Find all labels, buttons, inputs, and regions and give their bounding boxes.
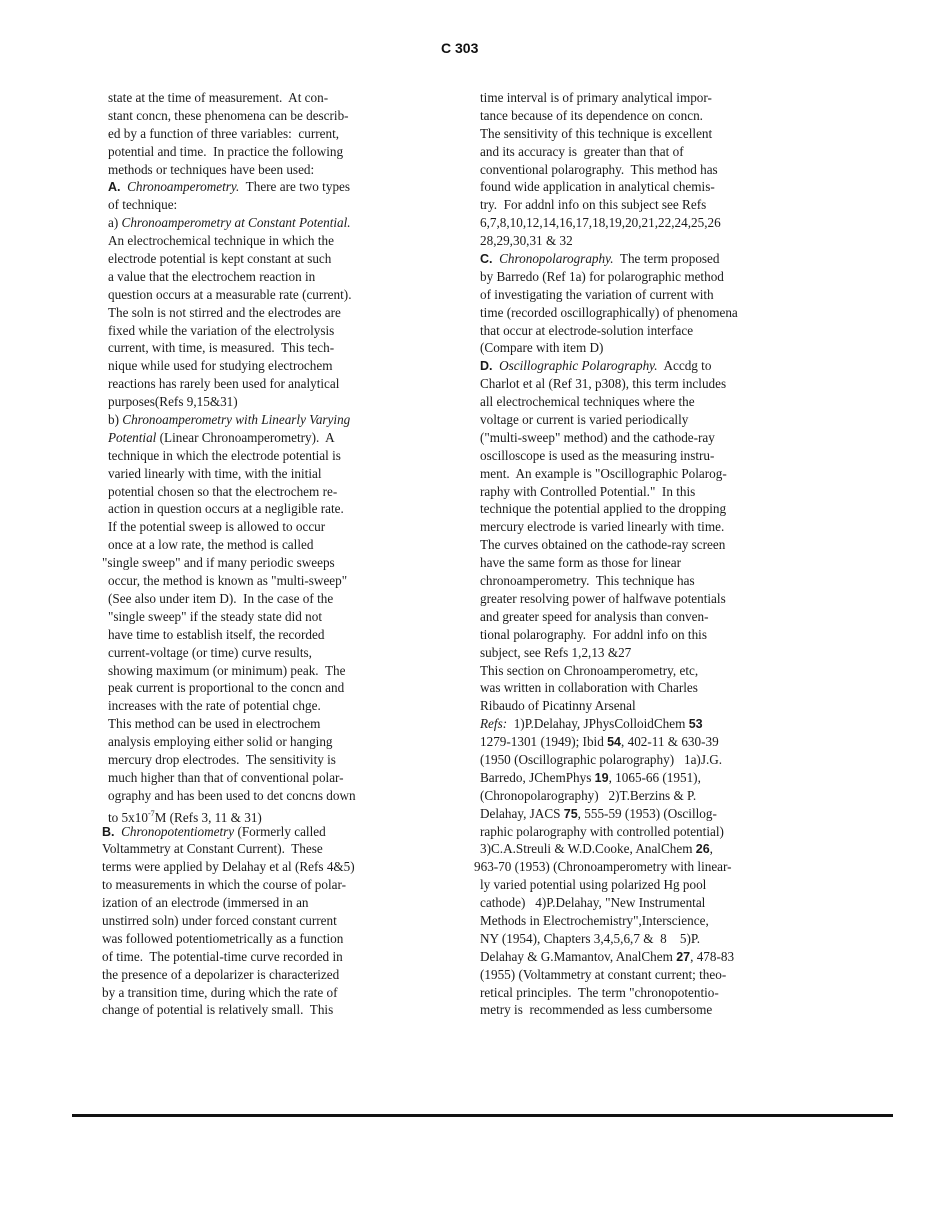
text-line: ment. An example is "Oscillographic Pola… (480, 465, 840, 483)
text-line: have time to establish itself, the recor… (108, 626, 480, 644)
text-line: ography and has been used to det concns … (108, 787, 480, 805)
text-line: action in question occurs at a negligibl… (108, 500, 480, 518)
text-line: (Compare with item D) (480, 339, 840, 357)
line-text: Accdg to (658, 358, 712, 373)
text-line: This section on Chronoamperometry, etc, (480, 662, 840, 680)
text-line: ization of an electrode (immersed in an (102, 894, 480, 912)
line-text: (See also under item D). In the case of … (108, 591, 333, 606)
line-text: tance because of its dependence on concn… (480, 108, 703, 123)
text-line: Charlot et al (Ref 31, p308), this term … (480, 375, 840, 393)
line-text: fixed while the variation of the electro… (108, 323, 334, 338)
text-line: of technique: (108, 196, 480, 214)
line-text: was written in collaboration with Charle… (480, 680, 698, 695)
line-text: Methods in Electrochemistry",Interscienc… (480, 913, 709, 928)
text-line: tional polarography. For addnl info on t… (480, 626, 840, 644)
text-line: stant concn, these phenomena can be desc… (108, 107, 480, 125)
text-line: analysis employing either solid or hangi… (108, 733, 480, 751)
line-text: purposes(Refs 9,15&31) (108, 394, 238, 409)
volume-number: 26 (696, 842, 710, 856)
text-line: of time. The potential-time curve record… (102, 948, 480, 966)
superscript: -7 (148, 809, 155, 818)
line-text: question occurs at a measurable rate (cu… (108, 287, 352, 302)
line-text: (Linear Chronoamperometry). A (156, 430, 334, 445)
line-text-continued: , (710, 841, 713, 856)
section-heading: Chronoamperometry. (127, 179, 239, 194)
text-line: time interval is of primary analytical i… (480, 89, 840, 107)
line-text: of time. The potential-time curve record… (102, 949, 343, 964)
section-heading: Refs: (480, 716, 507, 731)
line-text: There are two types (239, 179, 350, 194)
line-text: showing maximum (or minimum) peak. The (108, 663, 345, 678)
text-line: Delahay & G.Mamantov, AnalChem 27, 478-8… (480, 948, 840, 966)
line-text: stant concn, these phenomena can be desc… (108, 108, 349, 123)
text-line: ly varied potential using polarized Hg p… (480, 876, 840, 894)
text-line: The sensitivity of this technique is exc… (480, 125, 840, 143)
text-line: and its accuracy is greater than that of (480, 143, 840, 161)
line-text: cathode) 4)P.Delahay, "New Instrumental (480, 895, 705, 910)
text-line: varied linearly with time, with the init… (108, 465, 480, 483)
line-text: electrode potential is kept constant at … (108, 251, 331, 266)
line-text: have the same form as those for linear (480, 555, 681, 570)
text-line: all electrochemical techniques where the (480, 393, 840, 411)
line-text: ed by a function of three variables: cur… (108, 126, 339, 141)
text-line: mercury electrode is varied linearly wit… (480, 518, 840, 536)
line-text: 6,7,8,10,12,14,16,17,18,19,20,21,22,24,2… (480, 215, 721, 230)
line-text: (1955) (Voltammetry at constant current;… (480, 967, 726, 982)
text-line: 28,29,30,31 & 32 (480, 232, 840, 250)
line-text: peak current is proportional to the conc… (108, 680, 344, 695)
line-text: current, with time, is measured. This te… (108, 340, 334, 355)
line-text-continued: , 1065-66 (1951), (609, 770, 701, 785)
line-text: ization of an electrode (immersed in an (102, 895, 309, 910)
text-line: the presence of a depolarizer is charact… (102, 966, 480, 984)
line-text: Delahay, JACS (480, 806, 564, 821)
text-line: technique in which the electrode potenti… (108, 447, 480, 465)
line-text: 1)P.Delahay, JPhysColloidChem (507, 716, 689, 731)
line-text: The term proposed (614, 251, 720, 266)
line-text: "single sweep" and if many periodic swee… (102, 555, 335, 570)
line-text: voltage or current is varied periodicall… (480, 412, 688, 427)
line-text: try. For addnl info on this subject see … (480, 197, 706, 212)
line-text: potential chosen so that the electrochem… (108, 484, 337, 499)
line-text: analysis employing either solid or hangi… (108, 734, 333, 749)
text-line: raphy with Controlled Potential." In thi… (480, 483, 840, 501)
text-line: change of potential is relatively small.… (102, 1001, 480, 1019)
line-text: The soln is not stirred and the electrod… (108, 305, 341, 320)
line-text: retical principles. The term "chronopote… (480, 985, 719, 1000)
line-text: (Chronopolarography) 2)T.Berzins & P. (480, 788, 696, 803)
section-heading: Chronopotentiometry (121, 824, 234, 839)
text-line: 6,7,8,10,12,14,16,17,18,19,20,21,22,24,2… (480, 214, 840, 232)
line-text: by Barredo (Ref 1a) for polarographic me… (480, 269, 724, 284)
text-line: 1279-1301 (1949); Ibid 54, 402-11 & 630-… (480, 733, 840, 751)
line-text: metry is recommended as less cumbersome (480, 1002, 712, 1017)
text-line: Delahay, JACS 75, 555-59 (1953) (Oscillo… (480, 805, 840, 823)
footer-rule (72, 1114, 893, 1117)
text-line: NY (1954), Chapters 3,4,5,6,7 & 8 5)P. (480, 930, 840, 948)
line-text: terms were applied by Delahay et al (Ref… (102, 859, 355, 874)
line-text: that occur at electrode-solution interfa… (480, 323, 693, 338)
line-text: all electrochemical techniques where the (480, 394, 695, 409)
text-line: reactions has rarely been used for analy… (108, 375, 480, 393)
text-line: conventional polarography. This method h… (480, 161, 840, 179)
text-line: current-voltage (or time) curve results, (108, 644, 480, 662)
text-line: electrode potential is kept constant at … (108, 250, 480, 268)
text-line: cathode) 4)P.Delahay, "New Instrumental (480, 894, 840, 912)
line-text: 28,29,30,31 & 32 (480, 233, 573, 248)
line-text: subject, see Refs 1,2,13 &27 (480, 645, 631, 660)
line-text: have time to establish itself, the recor… (108, 627, 324, 642)
text-line: question occurs at a measurable rate (cu… (108, 286, 480, 304)
line-text: by a transition time, during which the r… (102, 985, 337, 1000)
line-text: Charlot et al (Ref 31, p308), this term … (480, 376, 726, 391)
line-text: increases with the rate of potential chg… (108, 698, 321, 713)
volume-number: 19 (595, 771, 609, 785)
text-line: found wide application in analytical che… (480, 178, 840, 196)
text-line: D. Oscillographic Polarography. Accdg to (480, 357, 840, 375)
line-text: to measurements in which the course of p… (102, 877, 346, 892)
text-line: 963-70 (1953) (Chronoamperometry with li… (474, 858, 840, 876)
text-line: unstirred soln) under forced constant cu… (102, 912, 480, 930)
text-line: Voltammetry at Constant Current). These (102, 840, 480, 858)
text-line: occur, the method is known as "multi-swe… (108, 572, 480, 590)
text-line: by Barredo (Ref 1a) for polarographic me… (480, 268, 840, 286)
line-text: The sensitivity of this technique is exc… (480, 126, 712, 141)
line-text: This method can be used in electrochem (108, 716, 320, 731)
line-text: and its accuracy is greater than that of (480, 144, 684, 159)
text-line: to measurements in which the course of p… (102, 876, 480, 894)
text-line: try. For addnl info on this subject see … (480, 196, 840, 214)
line-text: Ribaudo of Picatinny Arsenal (480, 698, 636, 713)
line-text: technique in which the electrode potenti… (108, 448, 341, 463)
text-line: "single sweep" if the steady state did n… (108, 608, 480, 626)
text-line: increases with the rate of potential chg… (108, 697, 480, 715)
text-line: and greater speed for analysis than conv… (480, 608, 840, 626)
text-line: retical principles. The term "chronopote… (480, 984, 840, 1002)
text-line: time (recorded oscillographically) of ph… (480, 304, 840, 322)
line-text-continued: , 478-83 (690, 949, 734, 964)
section-heading: Potential (108, 430, 156, 445)
text-line: a value that the electrochem reaction in (108, 268, 480, 286)
volume-number: 75 (564, 807, 578, 821)
left-column: state at the time of measurement. At con… (108, 89, 480, 1019)
line-text: (Compare with item D) (480, 340, 603, 355)
text-line: Barredo, JChemPhys 19, 1065-66 (1951), (480, 769, 840, 787)
volume-number: 27 (676, 950, 690, 964)
text-line: oscilloscope is used as the measuring in… (480, 447, 840, 465)
section-letter: C. (480, 252, 493, 266)
line-text: Voltammetry at Constant Current). These (102, 841, 323, 856)
line-text: of investigating the variation of curren… (480, 287, 714, 302)
line-text-continued: , 402-11 & 630-39 (621, 734, 719, 749)
line-text: An electrochemical technique in which th… (108, 233, 334, 248)
text-line: subject, see Refs 1,2,13 &27 (480, 644, 840, 662)
section-heading: Chronopolarography. (499, 251, 613, 266)
line-text: a value that the electrochem reaction in (108, 269, 315, 284)
line-text: (Formerly called (234, 824, 326, 839)
volume-number: 54 (607, 735, 621, 749)
line-text: varied linearly with time, with the init… (108, 466, 322, 481)
line-text: conventional polarography. This method h… (480, 162, 718, 177)
text-line: showing maximum (or minimum) peak. The (108, 662, 480, 680)
section-letter: D. (480, 359, 493, 373)
text-line: C. Chronopolarography. The term proposed (480, 250, 840, 268)
text-line: 3)C.A.Streuli & W.D.Cooke, AnalChem 26, (480, 840, 840, 858)
line-text: 963-70 (1953) (Chronoamperometry with li… (474, 859, 732, 874)
line-text: occur, the method is known as "multi-swe… (108, 573, 347, 588)
line-text: current-voltage (or time) curve results, (108, 645, 312, 660)
text-line: (Chronopolarography) 2)T.Berzins & P. (480, 787, 840, 805)
line-text: ment. An example is "Oscillographic Pola… (480, 466, 727, 481)
text-line: tance because of its dependence on concn… (480, 107, 840, 125)
text-line: This method can be used in electrochem (108, 715, 480, 733)
line-text: much higher than that of conventional po… (108, 770, 344, 785)
text-line: (1955) (Voltammetry at constant current;… (480, 966, 840, 984)
text-line: have the same form as those for linear (480, 554, 840, 572)
text-line: much higher than that of conventional po… (108, 769, 480, 787)
line-text: reactions has rarely been used for analy… (108, 376, 339, 391)
line-text: ography and has been used to det concns … (108, 788, 356, 803)
text-line: fixed while the variation of the electro… (108, 322, 480, 340)
text-line: current, with time, is measured. This te… (108, 339, 480, 357)
volume-number: 53 (689, 717, 703, 731)
text-line: metry is recommended as less cumbersome (480, 1001, 840, 1019)
text-line: Refs: 1)P.Delahay, JPhysColloidChem 53 (480, 715, 840, 733)
text-line: Ribaudo of Picatinny Arsenal (480, 697, 840, 715)
list-marker: a) (108, 215, 122, 230)
text-line: was followed potentiometrically as a fun… (102, 930, 480, 948)
text-line: "single sweep" and if many periodic swee… (102, 554, 480, 572)
line-text: found wide application in analytical che… (480, 179, 715, 194)
text-line: Methods in Electrochemistry",Interscienc… (480, 912, 840, 930)
text-line: A. Chronoamperometry. There are two type… (108, 178, 480, 196)
text-line: purposes(Refs 9,15&31) (108, 393, 480, 411)
text-line: a) Chronoamperometry at Constant Potenti… (108, 214, 480, 232)
line-text: "single sweep" if the steady state did n… (108, 609, 322, 624)
line-text: 1279-1301 (1949); Ibid (480, 734, 607, 749)
text-line: to 5x10-7M (Refs 3, 11 & 31) (108, 805, 480, 823)
text-line: nique while used for studying electroche… (108, 357, 480, 375)
line-text: change of potential is relatively small.… (102, 1002, 333, 1017)
line-text: unstirred soln) under forced constant cu… (102, 913, 337, 928)
line-text: methods or techniques have been used: (108, 162, 314, 177)
text-line: (See also under item D). In the case of … (108, 590, 480, 608)
line-text: NY (1954), Chapters 3,4,5,6,7 & 8 5)P. (480, 931, 700, 946)
text-line: The soln is not stirred and the electrod… (108, 304, 480, 322)
text-line: The curves obtained on the cathode-ray s… (480, 536, 840, 554)
line-text: time (recorded oscillographically) of ph… (480, 305, 738, 320)
text-line: An electrochemical technique in which th… (108, 232, 480, 250)
text-line: B. Chronopotentiometry (Formerly called (102, 823, 480, 841)
text-line: ("multi-sweep" method) and the cathode-r… (480, 429, 840, 447)
text-line: chronoamperometry. This technique has (480, 572, 840, 590)
text-line: voltage or current is varied periodicall… (480, 411, 840, 429)
text-line: Potential (Linear Chronoamperometry). A (108, 429, 480, 447)
text-line: ed by a function of three variables: cur… (108, 125, 480, 143)
list-marker: b) (108, 412, 122, 427)
line-text: mercury electrode is varied linearly wit… (480, 519, 724, 534)
section-heading: Oscillographic Polarography. (499, 358, 658, 373)
line-text: tional polarography. For addnl info on t… (480, 627, 707, 642)
line-text: action in question occurs at a negligibl… (108, 501, 344, 516)
text-line: (1950 (Oscillographic polarography) 1a)J… (480, 751, 840, 769)
line-text: The curves obtained on the cathode-ray s… (480, 537, 725, 552)
line-text: If the potential sweep is allowed to occ… (108, 519, 325, 534)
text-line: technique the potential applied to the d… (480, 500, 840, 518)
text-line: once at a low rate, the method is called (108, 536, 480, 554)
line-text: This section on Chronoamperometry, etc, (480, 663, 698, 678)
text-line: by a transition time, during which the r… (102, 984, 480, 1002)
line-text: greater resolving power of halfwave pote… (480, 591, 726, 606)
text-line: greater resolving power of halfwave pote… (480, 590, 840, 608)
section-heading: Chronoamperometry with Linearly Varying (122, 412, 350, 427)
text-line: methods or techniques have been used: (108, 161, 480, 179)
line-text: technique the potential applied to the d… (480, 501, 726, 516)
line-text: potential and time. In practice the foll… (108, 144, 343, 159)
line-text: was followed potentiometrically as a fun… (102, 931, 343, 946)
line-text: and greater speed for analysis than conv… (480, 609, 709, 624)
line-text: (1950 (Oscillographic polarography) 1a)J… (480, 752, 722, 767)
line-text: Delahay & G.Mamantov, AnalChem (480, 949, 676, 964)
section-letter: B. (102, 825, 115, 839)
text-line: state at the time of measurement. At con… (108, 89, 480, 107)
line-text: nique while used for studying electroche… (108, 358, 333, 373)
line-text: of technique: (108, 197, 177, 212)
line-text: ("multi-sweep" method) and the cathode-r… (480, 430, 715, 445)
text-line: of investigating the variation of curren… (480, 286, 840, 304)
text-line: b) Chronoamperometry with Linearly Varyi… (108, 411, 480, 429)
line-text: the presence of a depolarizer is charact… (102, 967, 339, 982)
line-text: raphic polarography with controlled pote… (480, 824, 724, 839)
line-text: state at the time of measurement. At con… (108, 90, 328, 105)
text-line: If the potential sweep is allowed to occ… (108, 518, 480, 536)
right-column: time interval is of primary analytical i… (480, 89, 840, 1019)
line-text: once at a low rate, the method is called (108, 537, 313, 552)
text-line: was written in collaboration with Charle… (480, 679, 840, 697)
line-text: raphy with Controlled Potential." In thi… (480, 484, 695, 499)
text-line: raphic polarography with controlled pote… (480, 823, 840, 841)
text-line: that occur at electrode-solution interfa… (480, 322, 840, 340)
text-line: terms were applied by Delahay et al (Ref… (102, 858, 480, 876)
line-text: 3)C.A.Streuli & W.D.Cooke, AnalChem (480, 841, 696, 856)
line-text: Barredo, JChemPhys (480, 770, 595, 785)
line-text: mercury drop electrodes. The sensitivity… (108, 752, 336, 767)
line-text: oscilloscope is used as the measuring in… (480, 448, 714, 463)
text-line: peak current is proportional to the conc… (108, 679, 480, 697)
text-line: potential chosen so that the electrochem… (108, 483, 480, 501)
section-letter: A. (108, 180, 121, 194)
line-text: ly varied potential using polarized Hg p… (480, 877, 706, 892)
line-text-continued: , 555-59 (1953) (Oscillog- (578, 806, 717, 821)
page-number: C 303 (441, 40, 478, 56)
text-line: mercury drop electrodes. The sensitivity… (108, 751, 480, 769)
section-heading: Chronoamperometry at Constant Potential. (122, 215, 351, 230)
line-text: time interval is of primary analytical i… (480, 90, 712, 105)
text-line: potential and time. In practice the foll… (108, 143, 480, 161)
line-text: chronoamperometry. This technique has (480, 573, 695, 588)
